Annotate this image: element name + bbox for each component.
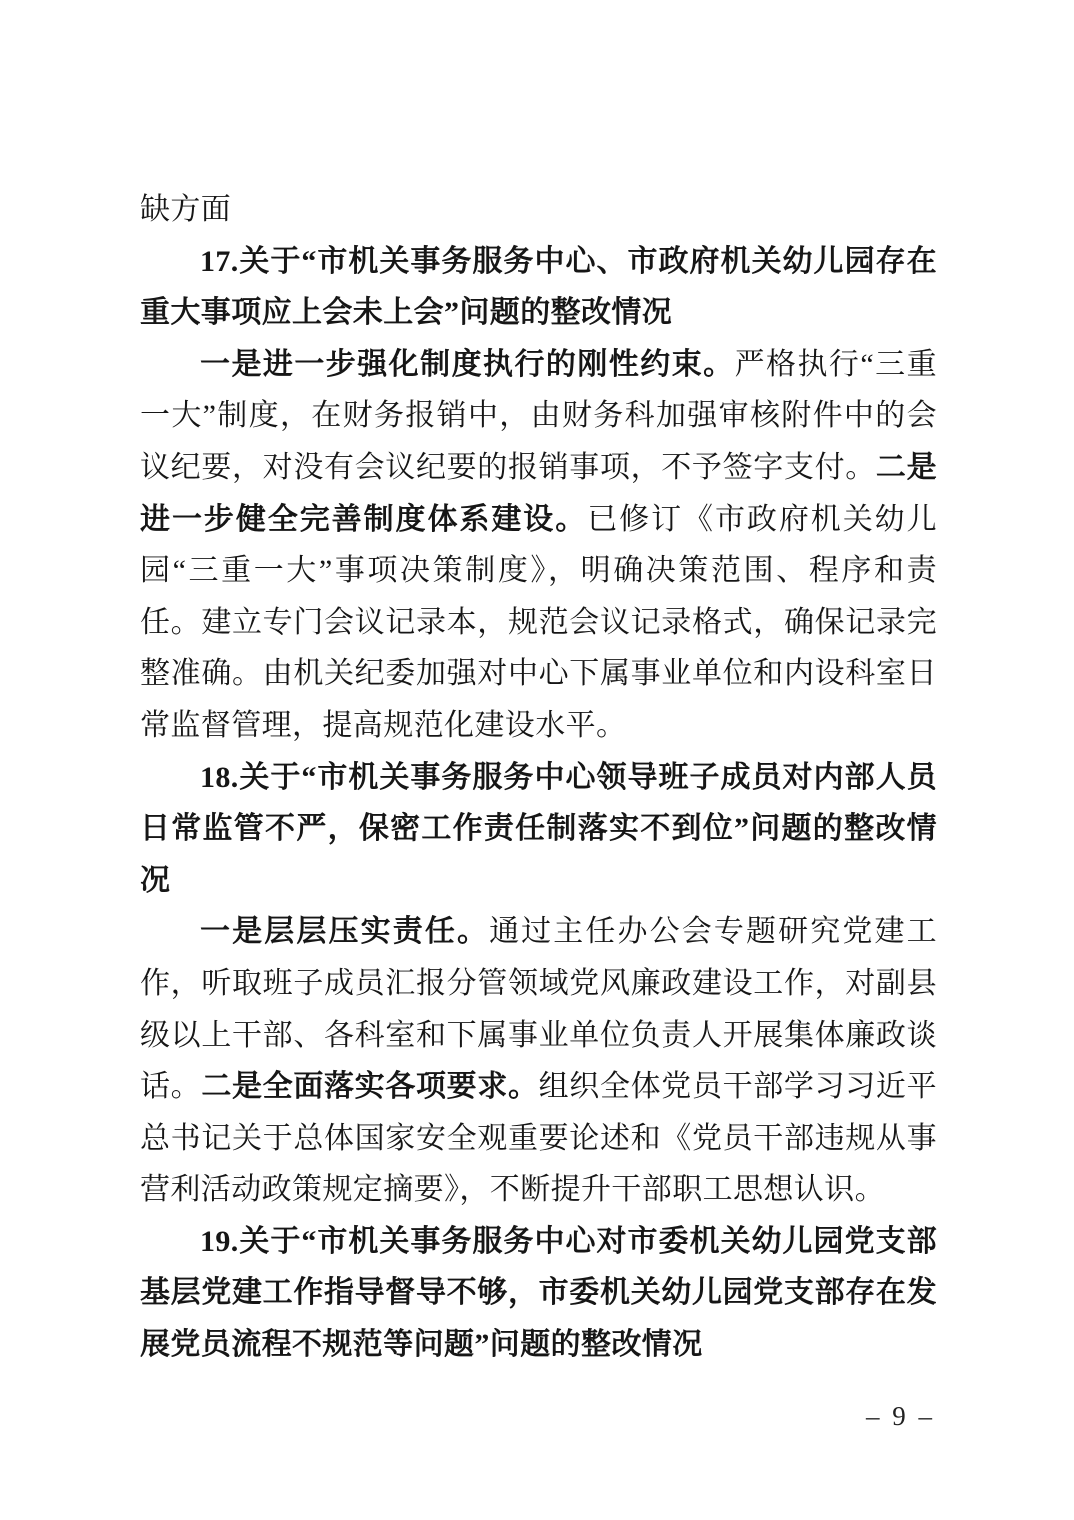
emphasis-run: 18.关于“市机关事务服务中心领导班子成员对内部人员日常监管不严，保密工作责任制…: [140, 761, 937, 897]
emphasis-run: 17.关于“市机关事务服务中心、市政府机关幼儿园存在重大事项应上会未上会”问题的…: [140, 245, 937, 330]
emphasis-run: 二是全面落实各项要求。: [201, 1070, 538, 1103]
carryover-text: 缺方面: [140, 184, 937, 236]
document-page: 缺方面17.关于“市机关事务服务中心、市政府机关幼儿园存在重大事项应上会未上会”…: [0, 0, 1074, 1520]
document-body: 缺方面17.关于“市机关事务服务中心、市政府机关幼儿园存在重大事项应上会未上会”…: [140, 184, 937, 1371]
section-heading-18: 18.关于“市机关事务服务中心领导班子成员对内部人员日常监管不严，保密工作责任制…: [140, 752, 937, 907]
section-heading-19: 19.关于“市机关事务服务中心对市委机关幼儿园党支部基层党建工作指导督导不够，市…: [140, 1216, 937, 1371]
section-heading-17: 17.关于“市机关事务服务中心、市政府机关幼儿园存在重大事项应上会未上会”问题的…: [140, 236, 937, 339]
text-run: 已修订《市政府机关幼儿园“三重一大”事项决策制度》，明确决策范围、程序和责任。建…: [140, 503, 937, 742]
emphasis-run: 一是进一步强化制度执行的刚性约束。: [200, 348, 735, 381]
emphasis-run: 19.关于“市机关事务服务中心对市委机关幼儿园党支部基层党建工作指导督导不够，市…: [140, 1225, 937, 1361]
paragraph-17: 一是进一步强化制度执行的刚性约束。严格执行“三重一大”制度，在财务报销中，由财务…: [140, 339, 937, 752]
page-number: – 9 –: [866, 1401, 935, 1432]
paragraph-18: 一是层层压实责任。通过主任办公会专题研究党建工作，听取班子成员汇报分管领域党风廉…: [140, 906, 937, 1216]
text-run: 缺方面: [140, 193, 231, 226]
emphasis-run: 一是层层压实责任。: [200, 915, 489, 948]
